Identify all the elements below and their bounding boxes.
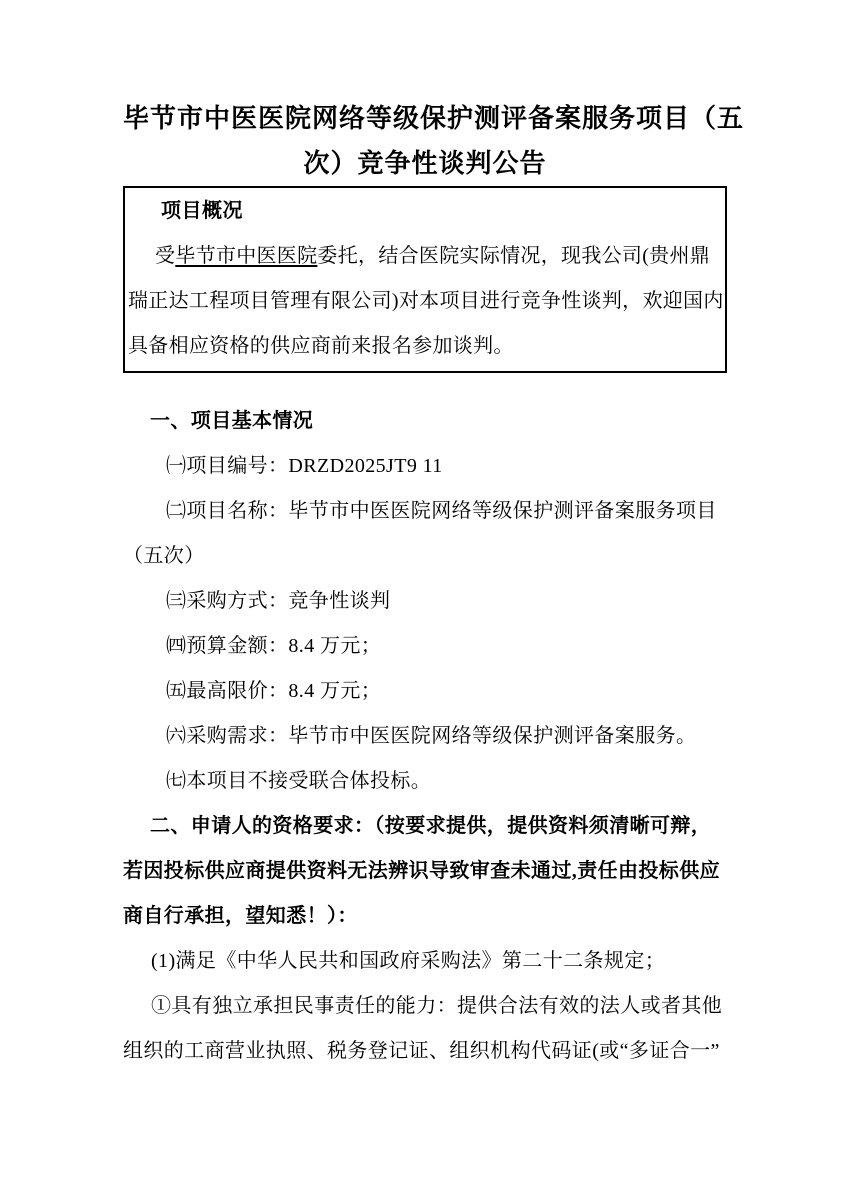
hospital-name-underlined: 毕节市中医医院 — [175, 245, 317, 267]
qualification-requirement-line-1: (1)满足《中华人民共和国政府采购法》第二十二条规定； — [123, 939, 727, 984]
document-content: 毕节市中医医院网络等级保护测评备案服务项目（五 次）竞争性谈判公告 项目概况 受… — [123, 0, 727, 1074]
qualification-requirement-line-3: 组织的工商营业执照、税务登记证、组织机构代码证(或“多证合一” — [123, 1029, 727, 1074]
title-line-2: 次）竞争性谈判公告 — [123, 141, 727, 186]
section2-heading-line-3: 商自行承担，望知悉！）： — [123, 894, 727, 939]
overview-heading: 项目概况 — [128, 189, 722, 234]
overview-text-prefix: 受 — [155, 245, 175, 267]
procurement-method-line: ㈢采购方式：竞争性谈判 — [123, 579, 727, 624]
project-number-line: ㈠项目编号：DRZD2025JT9 11 — [123, 444, 727, 489]
document-title: 毕节市中医医院网络等级保护测评备案服务项目（五 次）竞争性谈判公告 — [123, 96, 727, 186]
overview-paragraph-line-3: 具备相应资格的供应商前来报名参加谈判。 — [128, 324, 722, 369]
section2-heading-line-2: 若因投标供应商提供资料无法辨识导致审查未通过,责任由投标供应 — [123, 849, 727, 894]
qualification-requirement-line-2: ①具有独立承担民事责任的能力：提供合法有效的法人或者其他 — [123, 984, 727, 1029]
project-name-continuation-line: （五次） — [123, 534, 727, 579]
title-line-1: 毕节市中医医院网络等级保护测评备案服务项目（五 — [123, 96, 727, 141]
project-name-line: ㈡项目名称：毕节市中医医院网络等级保护测评备案服务项目 — [123, 489, 727, 534]
no-consortium-line: ㈦本项目不接受联合体投标。 — [123, 759, 727, 804]
overview-text-rest: 委托，结合医院实际情况，现我公司(贵州鼎 — [317, 245, 710, 267]
project-overview-box: 项目概况 受毕节市中医医院委托，结合医院实际情况，现我公司(贵州鼎 瑞正达工程项… — [123, 186, 727, 373]
overview-paragraph-line-2: 瑞正达工程项目管理有限公司)对本项目进行竞争性谈判，欢迎国内 — [128, 279, 722, 324]
procurement-demand-line: ㈥采购需求：毕节市中医医院网络等级保护测评备案服务。 — [123, 714, 727, 759]
document-page: 毕节市中医医院网络等级保护测评备案服务项目（五 次）竞争性谈判公告 项目概况 受… — [0, 0, 848, 1200]
overview-paragraph-line-1: 受毕节市中医医院委托，结合医院实际情况，现我公司(贵州鼎 — [128, 234, 722, 279]
section2-heading-line-1: 二、申请人的资格要求：（按要求提供，提供资料须清晰可辩， — [123, 804, 727, 849]
section1-heading: 一、项目基本情况 — [123, 399, 727, 444]
budget-amount-line: ㈣预算金额：8.4 万元； — [123, 624, 727, 669]
max-price-line: ㈤最高限价：8.4 万元； — [123, 669, 727, 714]
